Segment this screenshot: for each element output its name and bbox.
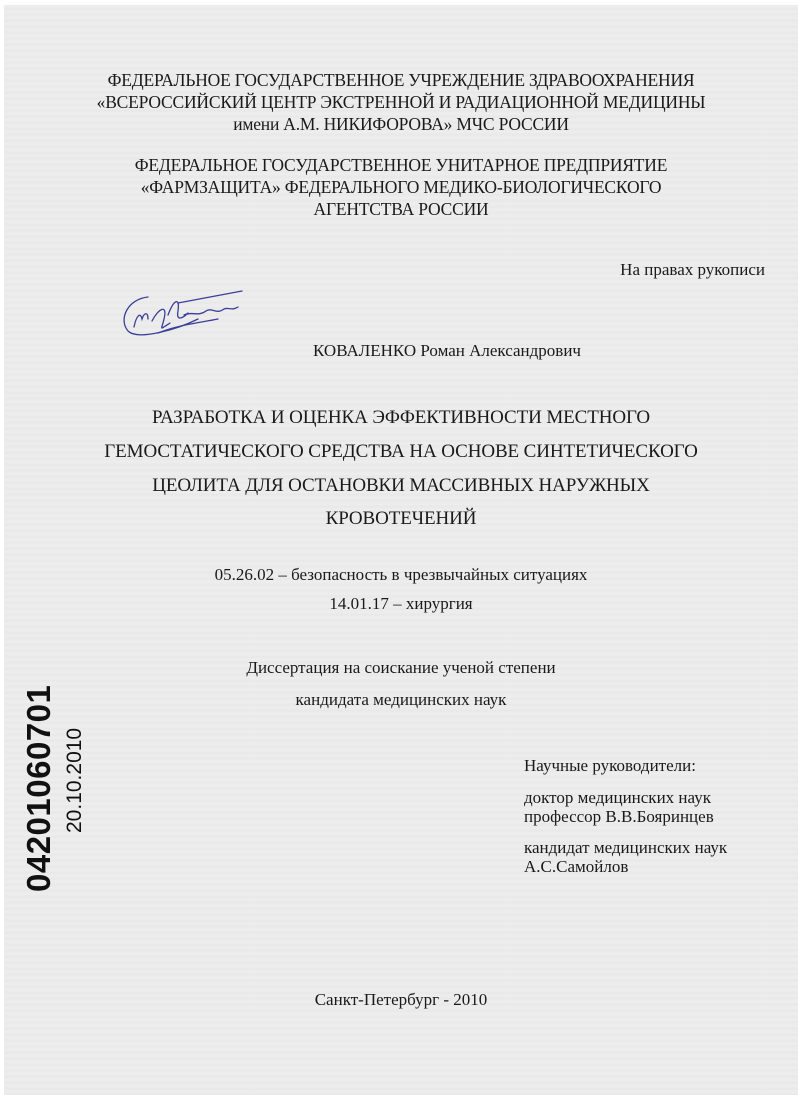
org1-line3: имени А.М. НИКИФОРОВА» МЧС РОССИИ <box>4 113 798 135</box>
org2-line3: АГЕНТСТВА РОССИИ <box>4 198 798 220</box>
supervisor-1-name: профессор В.В.Бояринцев <box>524 806 714 827</box>
specialty-1: 05.26.02 – безопасность в чрезвычайных с… <box>4 565 798 585</box>
place-year: Санкт-Петербург - 2010 <box>4 990 798 1010</box>
stamp-number: 04201060701 <box>20 685 58 892</box>
degree-line2: кандидата медицинских наук <box>4 690 798 710</box>
degree-line1: Диссертация на соискание ученой степени <box>4 658 798 678</box>
title-line3: ЦЕОЛИТА ДЛЯ ОСТАНОВКИ МАССИВНЫХ НАРУЖНЫХ <box>4 469 798 503</box>
signature-icon <box>118 289 246 341</box>
document-page: ФЕДЕРАЛЬНОЕ ГОСУДАРСТВЕННОЕ УЧРЕЖДЕНИЕ З… <box>4 5 798 1095</box>
title-line4: КРОВОТЕЧЕНИЙ <box>4 502 798 536</box>
author-name: КОВАЛЕНКО Роман Александрович <box>313 341 581 361</box>
org1-line1: ФЕДЕРАЛЬНОЕ ГОСУДАРСТВЕННОЕ УЧРЕЖДЕНИЕ З… <box>4 69 798 91</box>
supervisor-2-degree: кандидат медицинских наук <box>524 837 727 858</box>
org2-line1: ФЕДЕРАЛЬНОЕ ГОСУДАРСТВЕННОЕ УНИТАРНОЕ ПР… <box>4 154 798 176</box>
org2-line2: «ФАРМЗАЩИТА» ФЕДЕРАЛЬНОГО МЕДИКО-БИОЛОГИ… <box>4 176 798 198</box>
title-line2: ГЕМОСТАТИЧЕСКОГО СРЕДСТВА НА ОСНОВЕ СИНТ… <box>4 435 798 469</box>
manuscript-note: На правах рукописи <box>620 260 765 280</box>
supervisor-2-name: А.С.Самойлов <box>524 856 628 877</box>
title-line1: РАЗРАБОТКА И ОЦЕНКА ЭФФЕКТИВНОСТИ МЕСТНО… <box>4 401 798 435</box>
org1-line2: «ВСЕРОССИЙСКИЙ ЦЕНТР ЭКСТРЕННОЙ И РАДИАЦ… <box>4 91 798 113</box>
specialty-2: 14.01.17 – хирургия <box>4 594 798 614</box>
supervisor-1-degree: доктор медицинских наук <box>524 787 711 808</box>
supervisors-heading: Научные руководители: <box>524 755 696 776</box>
stamp-date: 20.10.2010 <box>63 728 87 833</box>
